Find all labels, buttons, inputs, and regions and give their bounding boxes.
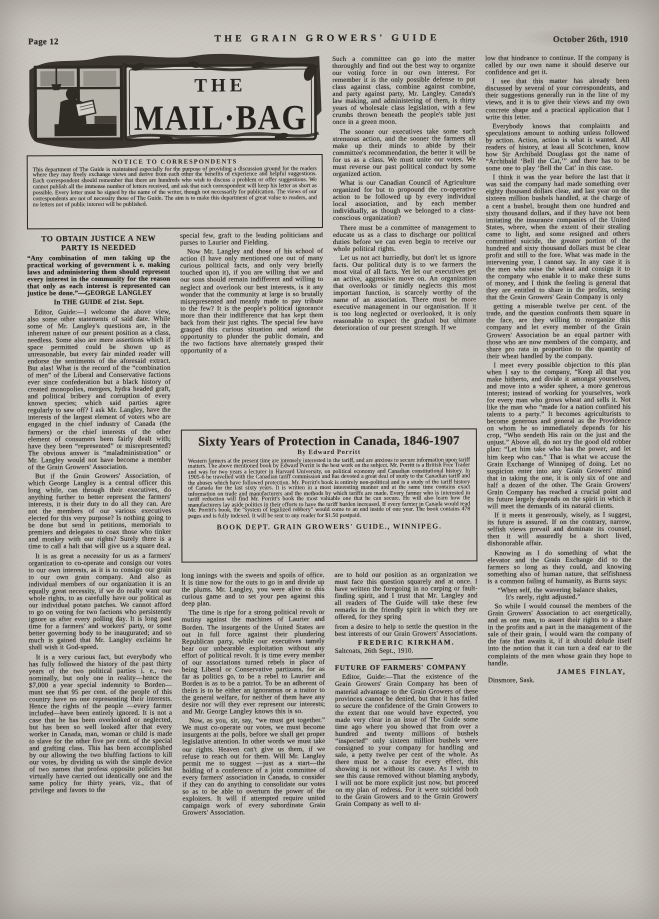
paragraph: I see that this matter has already been … <box>485 78 629 121</box>
masthead-word-mailbag: MAIL·BAG <box>134 99 307 139</box>
book-feature-box: Sixty Years of Protection in Canada, 184… <box>181 428 478 562</box>
page-header: Page 12 THE GRAIN GROWERS' GUIDE October… <box>26 32 628 51</box>
verse-line-2: It's rarely, right adjusted.” <box>498 594 632 602</box>
masthead-word-the: THE <box>194 75 246 96</box>
feature-byline: By Edward Porritt <box>188 448 470 456</box>
section-divider-rule <box>380 658 432 660</box>
issue-date: October 26th, 1910 <box>553 34 628 44</box>
paragraph: The sooner our executives take some such… <box>333 128 476 178</box>
feature-body: Western farmers at the present time are … <box>188 458 470 520</box>
scanned-newspaper-page: Page 12 THE GRAIN GROWERS' GUIDE October… <box>0 0 659 919</box>
notice-body: This department of The Guide is maintain… <box>33 167 317 210</box>
paragraph: Now, as you, sir, say, “we must get toge… <box>182 717 325 816</box>
signature-kirkham: FREDERIC KIRKHAM. <box>335 639 478 647</box>
paragraph: Editor, Guide:—That the existence of the… <box>335 674 479 809</box>
mailbag-woodcut-illustration: THE MAIL·BAG <box>26 53 322 151</box>
paragraph: So while I would counsel the members of … <box>488 603 632 667</box>
signature-place-saltcoats: Saltcoats, 26th Sept., 1910. <box>335 647 478 655</box>
feature-footer: BOOK DEPT. GRAIN GROWERS' GUIDE., WINNIP… <box>188 521 470 531</box>
column-2-lower: long innings with the sweets and spoils … <box>181 572 325 916</box>
letter-heading-future-of-farmers-company: FUTURE OF FARMERS' COMPANY <box>335 664 478 672</box>
paragraph: Everybody knows that complaints and spec… <box>486 122 630 172</box>
paragraph: I meet every possible objection to this … <box>487 362 632 511</box>
paragraph: long innings with the sweets and spoils … <box>181 572 324 608</box>
paragraph: special few, graft to the leading politi… <box>180 232 323 247</box>
quote-source: In THE GUIDE of 21st. Sept. <box>27 299 170 307</box>
column-3-lower: are to hold our position as an organizat… <box>334 571 478 915</box>
paragraph: are to hold our position as an organizat… <box>334 571 477 621</box>
feature-title: Sixty Years of Protection in Canada, 184… <box>188 434 470 448</box>
column-4: low that hindrance to continue. If the c… <box>485 55 633 914</box>
newspaper-page: { "colors": { "paper": "#c7c4bd", "ink":… <box>0 0 659 919</box>
paragraph: Now Mr. Langley and those of his school … <box>180 248 323 354</box>
notice-to-correspondents-box: NOTICE TO CORRESPONDENTS This department… <box>27 154 323 229</box>
notice-title: NOTICE TO CORRESPONDENTS <box>33 158 317 166</box>
paragraph: Knowing as I do something of what the el… <box>487 549 631 585</box>
article-headline: TO OBTAIN JUSTICE A NEW PARTY IS NEEDED <box>27 234 170 253</box>
paragraph: low that hindrance to continue. If the c… <box>485 55 629 77</box>
burns-verse: “When self, the wavering balance shakes,… <box>488 587 632 602</box>
paragraph: getting a miserable twelve per cent. of … <box>486 303 630 360</box>
column-3-upper: Such a committee can go into the matter … <box>332 55 477 426</box>
paragraph: It is as great a necessity for us as a f… <box>28 552 171 651</box>
paragraph: What is our Canadian Council of Agricult… <box>333 180 476 223</box>
paragraph: There must be a committee of management … <box>333 224 476 253</box>
column-1: TO OBTAIN JUSTICE A NEW PARTY IS NEEDED … <box>27 234 173 917</box>
signature-finlay: JAMES FINLAY, <box>488 669 626 677</box>
newspaper-title: THE GRAIN GROWERS' GUIDE <box>26 32 628 46</box>
signature-place-dinsmore: Dinsmore, Sask. <box>488 677 632 685</box>
paragraph: But if the Grain Growers' Association, o… <box>28 473 171 551</box>
paragraph: Let us not act hurriedly, but don't let … <box>333 254 476 332</box>
mailbag-masthead-art: THE MAIL·BAG <box>26 53 322 151</box>
column-2-upper: special few, graft to the leading politi… <box>180 232 324 427</box>
paragraph: It is a very curious fact, but everybody… <box>29 653 173 795</box>
paragraph: from a desire to help to settle the ques… <box>335 623 478 638</box>
paragraph: I think it was the year before the last … <box>486 174 631 301</box>
paragraph: Such a committee can go into the matter … <box>332 55 475 126</box>
paragraph: Editor, Guide:—I welcome the above view,… <box>27 308 171 471</box>
langley-quote: “Any combination of men taking up the pr… <box>27 255 170 298</box>
paragraph: The time is ripe for a strong political … <box>182 609 325 715</box>
paragraph: If it meets it generously, wisely, as I … <box>487 512 631 548</box>
